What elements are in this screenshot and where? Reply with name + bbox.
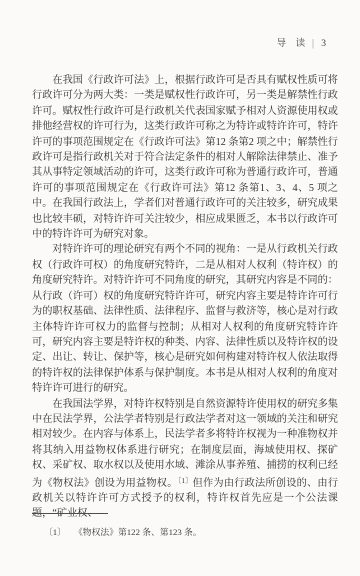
book-page: 导 读 | 3 在我国《行政许可法》上，根据行政许可是否具有赋权性质可将行政许可… xyxy=(0,0,360,576)
body-text: 在我国《行政许可法》上，根据行政许可是否具有赋权性质可将行政许可分为两大类：一类… xyxy=(32,73,338,522)
footnote-rule xyxy=(32,513,108,514)
footnote-marker: 〔1〕 xyxy=(44,526,66,538)
section-title: 导 读 xyxy=(277,38,306,50)
paragraph-text: 在我国法学界，对特许权特别是自然资源特许使用权的研究多集中在民法学界，公法学者特… xyxy=(32,399,338,489)
footnote-text: 《物权法》第122 条、第123 条。 xyxy=(74,526,202,538)
footnote-ref: 〔1〕 xyxy=(178,477,193,485)
paragraph: 对特许许可的理论研究有两个不同的视角：一是从行政机关行政权（行政许可权）的角度研… xyxy=(32,242,338,396)
paragraph: 在我国法学界，对特许权特别是自然资源特许使用权的研究多集中在民法学界，公法学者特… xyxy=(32,397,338,522)
page-number: 3 xyxy=(321,38,326,50)
footnote: 〔1〕 《物权法》第122 条、第123 条。 xyxy=(44,526,334,538)
running-header: 导 读 | 3 xyxy=(277,38,326,50)
paragraph: 在我国《行政许可法》上，根据行政许可是否具有赋权性质可将行政许可分为两大类：一类… xyxy=(32,73,338,242)
header-divider: | xyxy=(313,38,314,50)
